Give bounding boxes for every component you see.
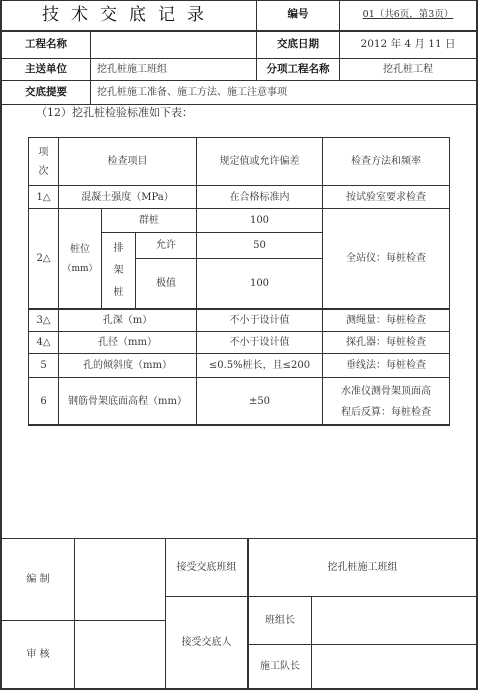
- row-pile-char3: 桩: [114, 282, 124, 304]
- row-method: 全站仪：每桩检查: [323, 209, 449, 308]
- row-method: 按试验室要求检查: [323, 186, 449, 208]
- team-leader-value: [312, 597, 476, 644]
- sender-value: 挖孔桩施工班组: [91, 59, 256, 80]
- subproject-value: 挖孔桩工程: [340, 59, 476, 80]
- row-item: 混凝土强度（MPa）: [59, 186, 196, 208]
- row-pile-char1: 排: [114, 238, 124, 260]
- project-name-value: [91, 31, 256, 58]
- row-pile-char2: 架: [114, 260, 124, 282]
- row-method: 测绳量：每桩检查: [323, 310, 449, 331]
- row-no: 6: [29, 378, 58, 425]
- compiled-value: [75, 539, 165, 620]
- row-tolerance: 在合格标准内: [197, 186, 322, 208]
- page-title: 技术交底记录: [2, 0, 256, 30]
- receiving-team-value: 挖孔桩施工班组: [249, 539, 476, 596]
- reviewed-value: [75, 621, 165, 688]
- row-method: 探孔器：每桩检查: [323, 332, 449, 353]
- limit-value: 100: [197, 259, 322, 308]
- team-leader-label: 班组长: [249, 597, 311, 644]
- crew-leader-label: 施工队长: [249, 645, 311, 688]
- number-label: 编号: [257, 0, 339, 30]
- reviewed-label: 审 核: [2, 621, 74, 688]
- date-value: 2012 年 4 月 11 日: [340, 31, 476, 58]
- row-no: 3△: [29, 310, 58, 331]
- receiving-team-label: 接受交底班组: [166, 539, 247, 596]
- row-method: 垂线法：每桩检查: [323, 354, 449, 377]
- allow-value: 50: [197, 233, 322, 258]
- receiver-label: 接受交底人: [166, 597, 247, 688]
- row-item: 孔的倾斜度（mm）: [59, 354, 196, 377]
- header-check-item: 检查项目: [59, 138, 196, 185]
- compiled-label: 编 制: [2, 539, 74, 620]
- group-pile-value: 100: [197, 209, 322, 232]
- body-intro: （12）挖孔桩检验标准如下表：: [36, 104, 193, 120]
- header-method: 检查方法和频率: [323, 138, 449, 185]
- header-item-no: 项 次: [29, 138, 58, 185]
- method-line2: 程后反算：每桩检查: [341, 402, 431, 423]
- row-item-pile-position: 桩位 （mm）: [59, 209, 101, 308]
- row-method: 水准仪测骨架顶面高 程后反算：每桩检查: [323, 378, 449, 425]
- row-pile-label: 排 架 桩: [102, 233, 135, 308]
- pile-position-line2: （mm）: [62, 260, 97, 279]
- number-value: 01（共6页，第3页）: [340, 0, 476, 30]
- header-item-no-line1: 项: [39, 143, 49, 162]
- pile-position-line1: 桩位: [70, 239, 90, 260]
- header-tolerance: 规定值或允许偏差: [197, 138, 322, 185]
- row-no: 4△: [29, 332, 58, 353]
- row-item: 孔径（mm）: [59, 332, 196, 353]
- row-tolerance: 不小于设计值: [197, 332, 322, 353]
- allow-label: 允许: [136, 233, 196, 258]
- row-item: 钢筋骨架底面高程（mm）: [59, 378, 196, 425]
- limit-label: 极值: [136, 259, 196, 308]
- row-no: 1△: [29, 186, 58, 208]
- row-tolerance: ≤0.5%桩长，且≤200: [197, 354, 322, 377]
- row-no: 2△: [29, 209, 58, 308]
- summary-label: 交底提要: [2, 81, 90, 104]
- row-item: 孔深（m）: [59, 310, 196, 331]
- summary-value: 挖孔桩施工准备、施工方法、施工注意事项: [91, 81, 476, 104]
- group-pile-label: 群桩: [102, 209, 196, 232]
- row-no: 5: [29, 354, 58, 377]
- sender-label: 主送单位: [2, 59, 90, 80]
- row-tolerance: ±50: [197, 378, 322, 425]
- project-name-label: 工程名称: [2, 31, 90, 58]
- header-item-no-line2: 次: [39, 162, 49, 181]
- method-line1: 水准仪测骨架顶面高: [341, 381, 431, 402]
- date-label: 交底日期: [257, 31, 339, 58]
- crew-leader-value: [312, 645, 476, 688]
- frame-bottom: [0, 688, 478, 690]
- subproject-label: 分项工程名称: [257, 59, 339, 80]
- row-tolerance: 不小于设计值: [197, 310, 322, 331]
